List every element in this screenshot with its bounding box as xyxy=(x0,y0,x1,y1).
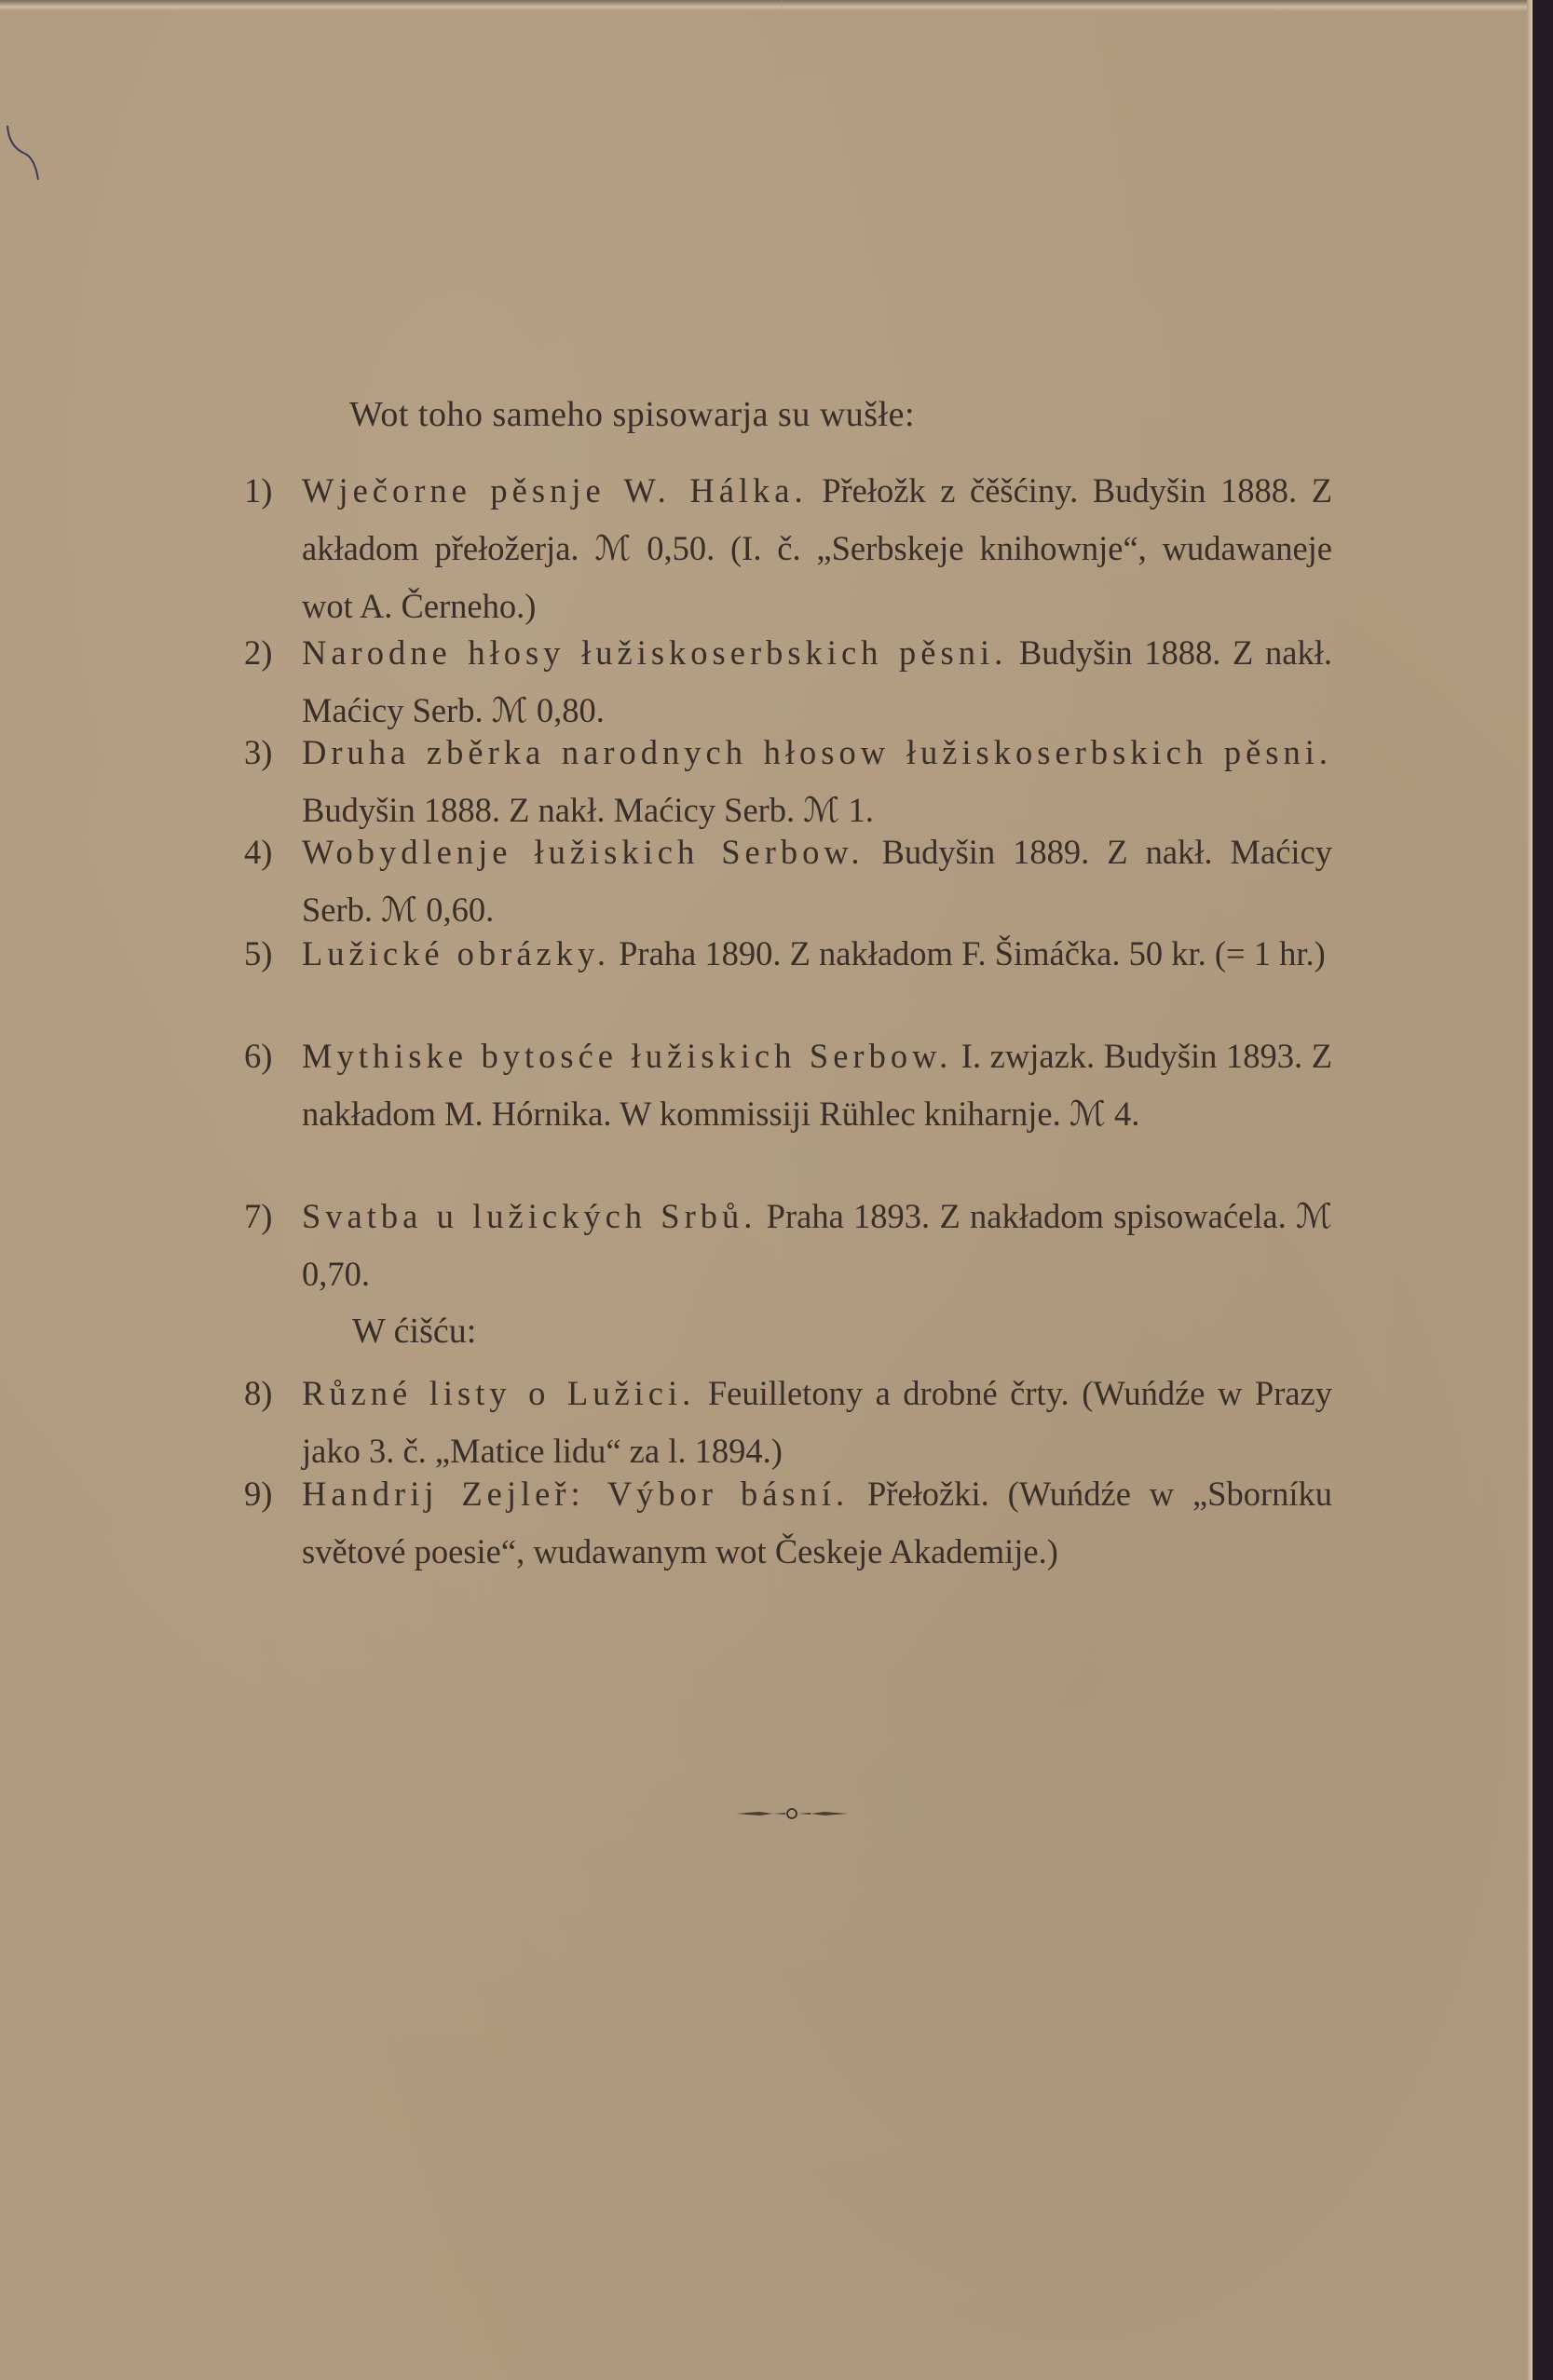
item-title: Různé listy o Lužici. xyxy=(302,1374,695,1412)
page-top-edge xyxy=(0,0,1533,11)
in-press-heading: W ćišću: xyxy=(352,1311,476,1352)
list-item: 9) Handrij Zejleř: Výbor básní. Přełožki… xyxy=(244,1465,1332,1581)
list-item: 4) Wobydlenje łužiskich Serbow. Budyšin … xyxy=(244,823,1332,939)
item-number: 9) xyxy=(244,1465,300,1523)
item-number: 5) xyxy=(244,925,300,983)
list-item: 1) Wječorne pěsnje W. Hálka. Přełožk z č… xyxy=(244,462,1332,635)
list-item: 5) Lužické obrázky. Praha 1890. Z nakład… xyxy=(244,925,1332,983)
item-number: 1) xyxy=(244,462,300,520)
item-title: Mythiske bytosće łužiskich Serbow. xyxy=(302,1037,952,1075)
item-number: 2) xyxy=(244,624,300,682)
item-details: Praha 1890. Z nakładom F. Šimáčka. 50 kr… xyxy=(619,934,1326,972)
list-item: 3) Druha zběrka narodnych hłosow łužisko… xyxy=(244,724,1332,839)
item-number: 4) xyxy=(244,823,300,881)
item-number: 3) xyxy=(244,724,300,782)
item-title: Svatba u lužických Srbů. xyxy=(302,1197,756,1235)
list-heading: Wot toho sameho spisowarja su wušłe: xyxy=(349,394,915,435)
rule-ornament-icon xyxy=(731,1807,852,1820)
list-item: 6) Mythiske bytosće łužiskich Serbow. I.… xyxy=(244,1027,1332,1143)
item-number: 8) xyxy=(244,1365,300,1422)
item-title: Lužické obrázky. xyxy=(302,934,610,972)
item-title: Handrij Zejleř: Výbor básní. xyxy=(302,1475,849,1513)
list-item: 2) Narodne hłosy łužiskoserbskich pěsni.… xyxy=(244,624,1332,740)
item-title: Wobydlenje łužiskich Serbow. xyxy=(302,833,865,871)
page-right-edge xyxy=(1527,0,1533,2380)
item-title: Druha zběrka narodnych hłosow łužiskoser… xyxy=(302,733,1332,771)
pen-mark-icon xyxy=(5,126,42,182)
list-item: 8) Různé listy o Lužici. Feuilletony a d… xyxy=(244,1365,1332,1480)
item-number: 6) xyxy=(244,1027,300,1085)
item-title: Wječorne pěsnje W. Hálka. xyxy=(302,471,808,510)
item-number: 7) xyxy=(244,1188,300,1245)
scanned-page: Wot toho sameho spisowarja su wušłe: 1) … xyxy=(0,0,1533,2380)
list-item: 7) Svatba u lužických Srbů. Praha 1893. … xyxy=(244,1188,1332,1303)
item-title: Narodne hłosy łužiskoserbskich pěsni. xyxy=(302,633,1007,672)
